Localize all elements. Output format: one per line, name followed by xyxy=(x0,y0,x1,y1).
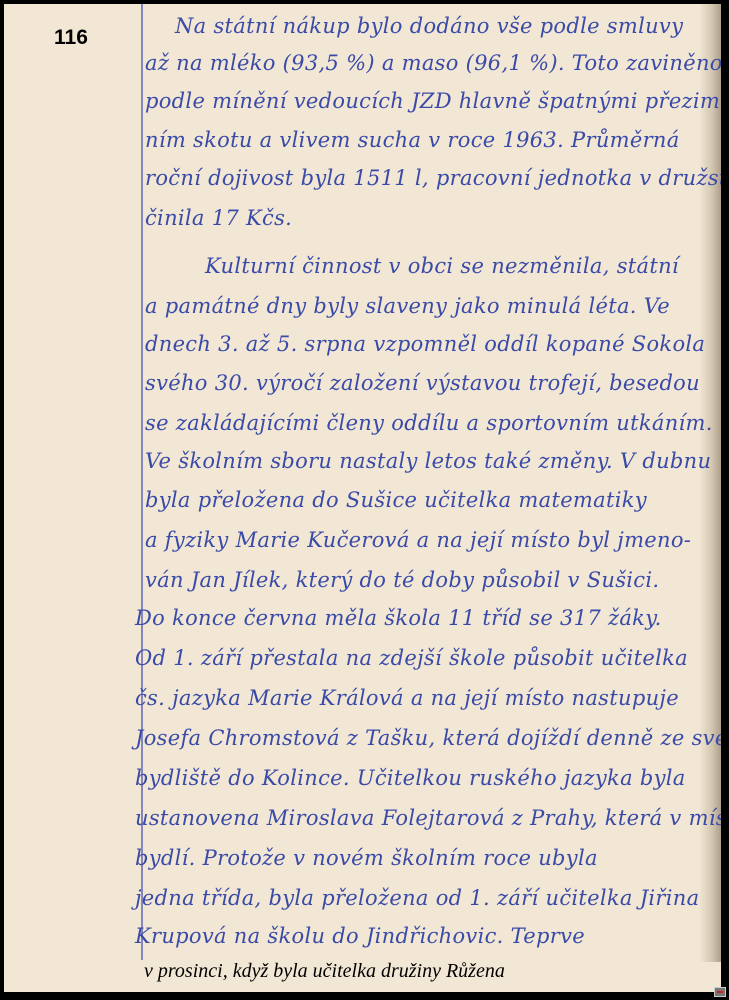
handwritten-line: činila 17 Kčs. xyxy=(145,206,292,230)
handwritten-line: byla přeložena do Sušice učitelka matema… xyxy=(145,488,647,512)
handwritten-line: bydlí. Protože v novém školním roce ubyl… xyxy=(135,846,598,870)
handwritten-line: bydliště do Kolince. Učitelkou ruského j… xyxy=(135,766,686,790)
document-page: 116 Na státní nákup bylo dodáno vše podl… xyxy=(4,4,721,966)
page-number: 116 xyxy=(54,26,88,50)
handwritten-line: Josefa Chromstová z Tašku, která dojíždí… xyxy=(135,726,721,750)
handwritten-line: Krupová na školu do Jindřichovic. Teprve xyxy=(135,924,585,948)
handwritten-line: až na mléko (93,5 %) a maso (96,1 %). To… xyxy=(145,51,721,75)
handwritten-line: ván Jan Jílek, který do té doby působil … xyxy=(145,568,659,592)
handwritten-line: ustanovena Miroslava Folejtarová z Prahy… xyxy=(135,806,721,830)
handwritten-line: svého 30. výročí založení výstavou trofe… xyxy=(145,371,700,395)
handwritten-line: a památné dny byly slaveny jako minulá l… xyxy=(145,294,670,318)
handwritten-line: Do konce června měla škola 11 tříd se 31… xyxy=(135,606,662,630)
handwritten-line: čs. jazyka Marie Králová a na její místo… xyxy=(135,686,679,710)
handwritten-line: se zakládajícími členy oddílu a sportovn… xyxy=(145,411,713,435)
handwritten-line: a fyziky Marie Kučerová a na její místo … xyxy=(145,528,691,552)
handwritten-line: roční dojivost byla 1511 l, pracovní jed… xyxy=(145,166,721,190)
handwritten-line: Na státní nákup bylo dodáno vše podle sm… xyxy=(175,14,683,38)
handwritten-line: dnech 3. až 5. srpna vzpomněl oddíl kopa… xyxy=(145,332,705,356)
handwritten-line: podle mínění vedoucích JZD hlavně špatný… xyxy=(145,89,721,113)
handwritten-line: Od 1. září přestala na zdejší škole půso… xyxy=(135,646,688,670)
transcription-caption: v prosinci, když byla učitelka družiny R… xyxy=(140,960,509,983)
minimize-icon[interactable] xyxy=(714,987,726,997)
handwritten-line: Kulturní činnost v obci se nezměnila, st… xyxy=(205,254,679,278)
handwritten-line: jedna třída, byla přeložena od 1. září u… xyxy=(135,886,699,910)
handwritten-line: Ve školním sboru nastaly letos také změn… xyxy=(145,449,711,473)
handwritten-line: ním skotu a vlivem sucha v roce 1963. Pr… xyxy=(145,128,680,152)
